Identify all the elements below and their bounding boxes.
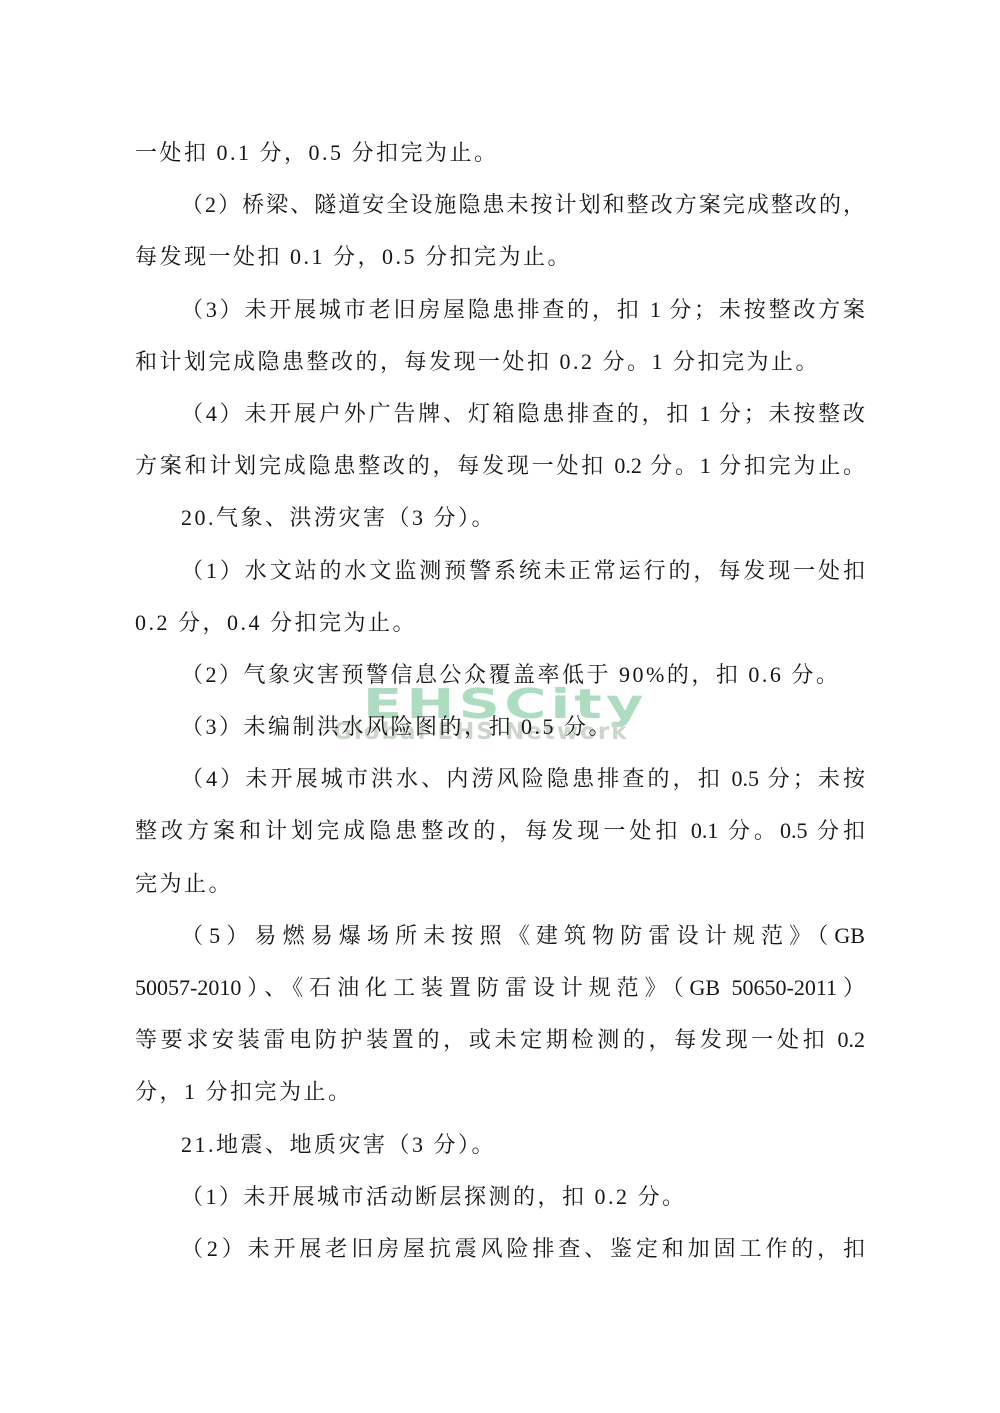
text-line: （4）未开展户外广告牌、灯箱隐患排查的，扣 1 分；未按整改: [135, 388, 865, 440]
document-page: EHSCity Global EHS Network 一处扣 0.1 分，0.5…: [0, 0, 1000, 1413]
text-line: 0.2 分，0.4 分扣完为止。: [135, 597, 865, 649]
text-line: 20.气象、洪涝灾害（3 分）。: [135, 492, 865, 544]
text-line: （2）桥梁、隧道安全设施隐患未按计划和整改方案完成整改的，: [135, 179, 865, 231]
text-line: （1）水文站的水文监测预警系统未正常运行的，每发现一处扣: [135, 545, 865, 597]
text-line: 50057-2010）、《石油化工装置防雷设计规范》（GB 50650-2011…: [135, 962, 865, 1014]
text-line: （3）未编制洪水风险图的，扣 0.5 分。: [135, 701, 865, 753]
text-line: （4）未开展城市洪水、内涝风险隐患排查的，扣 0.5 分；未按: [135, 753, 865, 805]
text-line: 完为止。: [135, 858, 865, 910]
text-line: （1）未开展城市活动断层探测的，扣 0.2 分。: [135, 1171, 865, 1223]
text-line: （2）未开展老旧房屋抗震风险排查、鉴定和加固工作的，扣: [135, 1223, 865, 1275]
text-line: （2）气象灾害预警信息公众覆盖率低于 90%的，扣 0.6 分。: [135, 649, 865, 701]
text-line: 等要求安装雷电防护装置的，或未定期检测的，每发现一处扣 0.2: [135, 1014, 865, 1066]
document-body: 一处扣 0.1 分，0.5 分扣完为止。（2）桥梁、隧道安全设施隐患未按计划和整…: [135, 127, 865, 1275]
text-line: 每发现一处扣 0.1 分，0.5 分扣完为止。: [135, 231, 865, 283]
text-line: 方案和计划完成隐患整改的，每发现一处扣 0.2 分。1 分扣完为止。: [135, 440, 865, 492]
text-line: （3）未开展城市老旧房屋隐患排查的，扣 1 分；未按整改方案: [135, 284, 865, 336]
text-line: 整改方案和计划完成隐患整改的，每发现一处扣 0.1 分。0.5 分扣: [135, 805, 865, 857]
text-line: 21.地震、地质灾害（3 分）。: [135, 1119, 865, 1171]
text-line: 分，1 分扣完为止。: [135, 1066, 865, 1118]
text-line: 和计划完成隐患整改的，每发现一处扣 0.2 分。1 分扣完为止。: [135, 336, 865, 388]
text-line: 一处扣 0.1 分，0.5 分扣完为止。: [135, 127, 865, 179]
text-line: （5）易燃易爆场所未按照《建筑物防雷设计规范》（GB: [135, 910, 865, 962]
